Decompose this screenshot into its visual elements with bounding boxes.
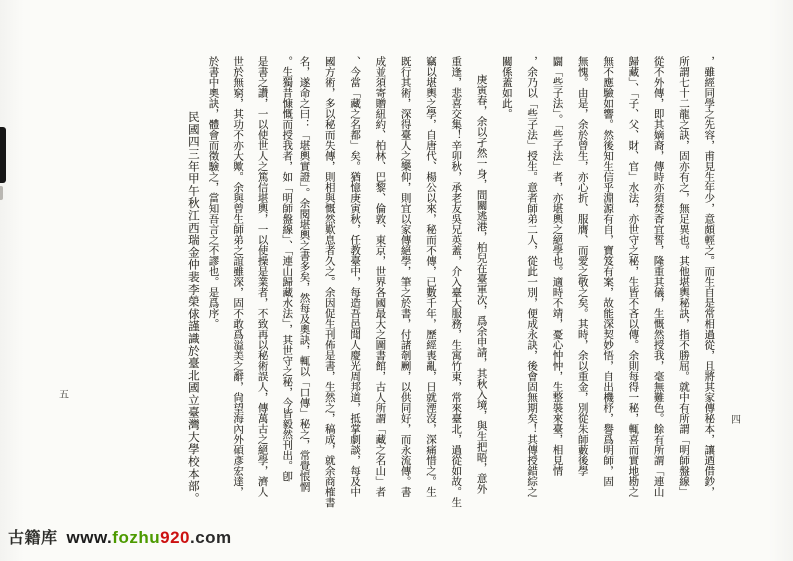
- text-column: 無愧。由是，余於曾生，亦心折、服膺、而愛之敬之矣。其時，余以重金，別從朱師藪後學: [575, 56, 591, 476]
- text-column: 闢「些子法」。「些子法」者，亦堪輿之絕學也。適時不靖，憂心忡忡，生整裝來臺，相見…: [549, 56, 565, 476]
- text-column: 成並須寄贈紐約、柏林、巴黎、倫敦、東京，世界各國最大之圖書館，古人所謂「藏之名山…: [372, 56, 388, 497]
- book-scan: ，雖經同學之先容，甫見生年少，意頗輕之。而生自是常相過從，且將其家傳秘本，讓迺借…: [0, 0, 793, 561]
- text-column: 從不外傳，即其嫡裔，傳時亦須焚香宜誓，隆重其儀，生慨然授我，毫無難色。餘有所謂「…: [650, 56, 666, 497]
- text-column: 世於無窮，其功不亦大歟。余與曾生師弟之誼雖深，固不敢爲溢美之辭，尙望海內外碩彥宏…: [230, 56, 246, 497]
- scan-edge-smudge: [0, 186, 3, 200]
- colophon: 民國四三年甲午秋江西瑞金仲裴李榮俅謹識於臺北國立臺灣大學校本部。: [184, 111, 202, 505]
- text-column: 名，遂命之曰：「堪輿實證」。余閱堪輿之書多矣，然每及奧訣，輒以「口傳」秘之，常覺…: [296, 56, 312, 492]
- text-column: 無不應驗如響。然後知生信乎淵源有自，寶笈有案，故能深契妙悟，自出機杼，譽爲明師，…: [600, 56, 616, 487]
- text-column: 於書中奧訣，體會而徵驗之，當知吾言之不謬也。是爲序。: [205, 56, 221, 329]
- text-column: 庚寅春，余以孑然一身，間關逃港，柏兒在臺軍次，爲余申請，其秋入境，與生把晤，意外: [473, 74, 489, 494]
- left-page-number: 五: [59, 386, 69, 401]
- text-column: 竊以堪輿之學，自唐代、楊公以來，秘而不傳，已數千年，歷經喪亂，日就湮沒，深痛惜之…: [423, 56, 439, 497]
- watermark-link[interactable]: 古籍库www.fozhu920.com: [8, 525, 232, 548]
- watermark-site-name: 古籍库: [8, 530, 58, 547]
- text-column: ，余乃以「些子法」授生。意者師弟二人，從此一別，便成永訣，後會固無期矣！其傳授錯…: [524, 56, 540, 497]
- text-column: 歸藏」、「子、父、財、官」水法，亦世守之秘，生皆不吝以傳。余則每得一秘，輒喜而實…: [625, 56, 641, 497]
- watermark-url-tld: .com: [190, 528, 232, 547]
- text-column: 既行其術，深得臺人之樂仰，則宜以家傳絕學，筆之於書，付諸剞劂，以供同好，而永流傳…: [397, 56, 413, 497]
- text-column: 關係蓋如此。: [499, 56, 515, 119]
- watermark-url-name: fozhu: [112, 528, 160, 547]
- watermark-url-www: www.: [67, 528, 113, 547]
- text-column: 。生獨昔慷慨而授我者，如「明師盤線」、「連山歸藏水法」，其世守之秘，今皆毅然刊出…: [279, 56, 295, 481]
- text-column: ，雖經同學之先容，甫見生年少，意頗輕之。而生自是常相過從，且將其家傳秘本，讓迺借…: [701, 56, 717, 497]
- text-column: 、今當「藏之名都」矣。猶憶庚寅秋，任教臺中，每造吾邑聞人慶光周邦道，抵掌劇談，每…: [347, 56, 363, 497]
- watermark-url-num: 920: [160, 528, 190, 547]
- right-page-number: 四: [731, 411, 741, 426]
- text-column: 是書之讚，一以使世人之篤信堪輿，一以使操是業者，不致再以秘術誤人，傳萬古之絕學，…: [254, 56, 270, 497]
- text-column: 國方術，多以秘而失傳，則相與慨然歎息者久之。余因促生刊佈是書，生然之，稿成，就余…: [322, 56, 338, 508]
- scan-edge-artifact: [0, 127, 6, 183]
- text-column: 所謂七十二龍之訣，固亦有之，無足異也。其他堪輿秘訣，指不勝屈。就中有所謂「明師盤…: [676, 56, 692, 497]
- text-column: 重逢，悲喜交集！辛卯秋，承老友吳兄英蓋，介入臺大服務，生寓竹東，常來臺北，過從如…: [448, 56, 464, 508]
